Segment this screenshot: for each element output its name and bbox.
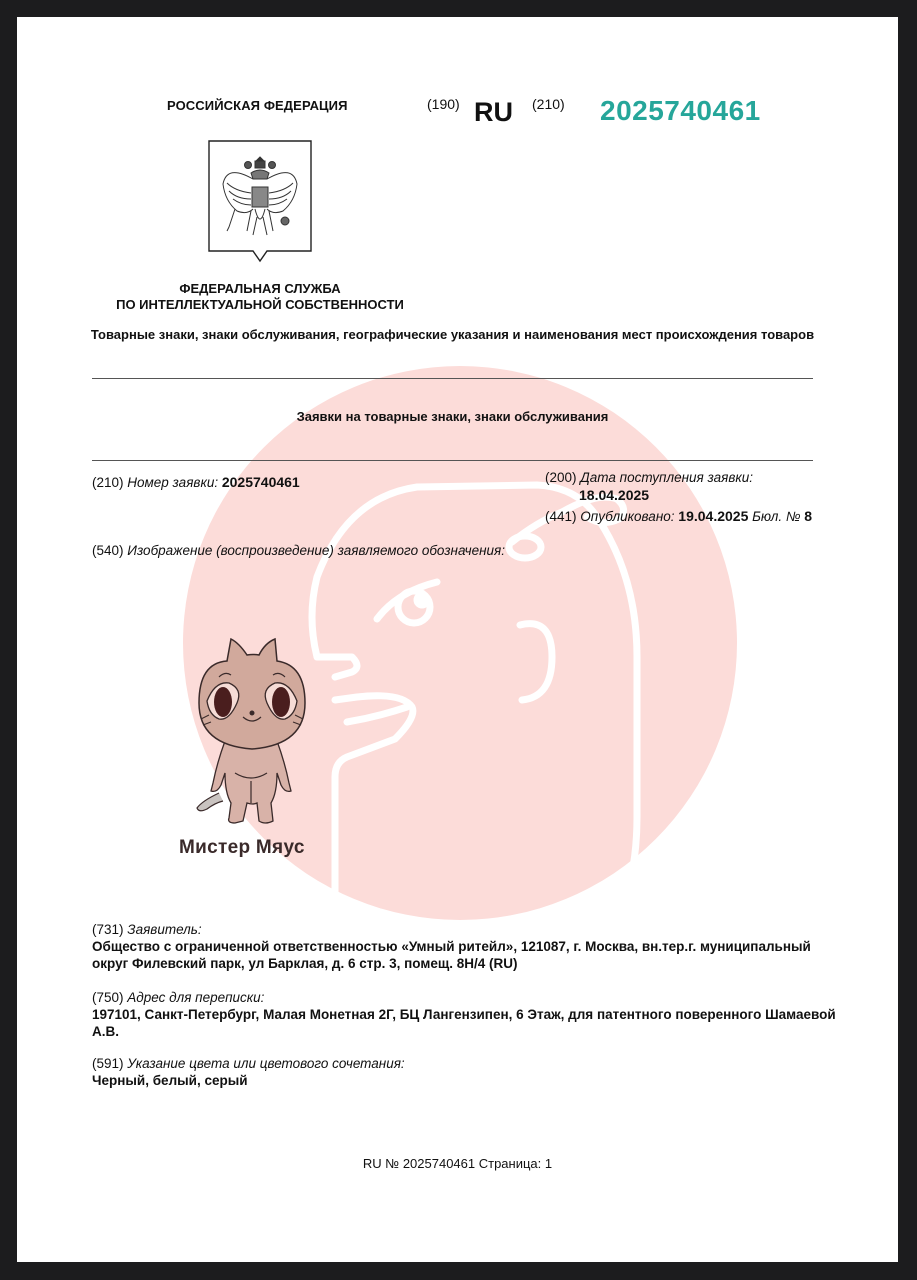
application-number-value: 2025740461: [222, 474, 300, 490]
applicant-value: Общество с ограниченной ответственностью…: [92, 938, 842, 972]
bulletin-label: Бюл. №: [752, 509, 800, 524]
document-page: РОССИЙСКАЯ ФЕДЕРАЦИЯ (190) RU (210) 2025…: [17, 17, 898, 1262]
published-field: (441) Опубликовано: 19.04.2025 Бюл. № 8: [545, 508, 812, 524]
application-number-label: Номер заявки:: [127, 475, 218, 490]
agency-name-line2: ПО ИНТЕЛЛЕКТУАЛЬНОЙ СОБСТВЕННОСТИ: [97, 297, 423, 313]
applicant-field: (731) Заявитель: Общество с ограниченной…: [92, 921, 842, 972]
agency-name-line1: ФЕДЕРАЛЬНАЯ СЛУЖБА: [97, 281, 423, 297]
agency-name: ФЕДЕРАЛЬНАЯ СЛУЖБА ПО ИНТЕЛЛЕКТУАЛЬНОЙ С…: [97, 281, 423, 313]
divider-bottom: [92, 460, 813, 461]
correspondence-field: (750) Адрес для переписки: 197101, Санкт…: [92, 989, 842, 1040]
document-number: 2025740461: [600, 95, 761, 127]
colors-field: (591) Указание цвета или цветового сочет…: [92, 1055, 842, 1089]
inid-code-190: (190): [427, 96, 460, 112]
page-footer: RU № 2025740461 Страница: 1: [17, 1156, 898, 1171]
trademark-name: Мистер Мяус: [179, 837, 305, 859]
colors-label: Указание цвета или цветового сочетания:: [127, 1056, 404, 1071]
filing-date-field: (200) Дата поступления заявки:: [545, 470, 753, 485]
correspondence-value: 197101, Санкт-Петербург, Малая Монетная …: [92, 1006, 842, 1040]
divider-top: [92, 378, 813, 379]
section-title: Заявки на товарные знаки, знаки обслужив…: [17, 409, 888, 424]
colors-value: Черный, белый, серый: [92, 1072, 842, 1089]
correspondence-label: Адрес для переписки:: [127, 990, 264, 1005]
published-date: 19.04.2025: [678, 508, 748, 524]
correspondence-code: (750): [92, 990, 124, 1005]
image-code: (540): [92, 543, 124, 558]
cartoon-cat-icon: [177, 633, 327, 863]
applicant-code: (731): [92, 922, 124, 937]
country-name: РОССИЙСКАЯ ФЕДЕРАЦИЯ: [167, 98, 348, 113]
image-label: Изображение (воспроизведение) заявляемог…: [127, 543, 505, 558]
colors-code: (591): [92, 1056, 124, 1071]
country-code: RU: [474, 97, 513, 128]
applicant-label: Заявитель:: [127, 922, 201, 937]
application-number-field: (210) Номер заявки: 2025740461: [92, 474, 300, 490]
image-field: (540) Изображение (воспроизведение) заяв…: [92, 543, 505, 558]
russian-coat-of-arms-icon: [207, 139, 313, 265]
filing-date-label: Дата поступления заявки:: [580, 470, 753, 485]
document-category: Товарные знаки, знаки обслуживания, геог…: [17, 327, 888, 342]
application-number-code: (210): [92, 475, 124, 490]
bulletin-number: 8: [804, 508, 812, 524]
published-code: (441): [545, 509, 577, 524]
filing-date-value: 18.04.2025: [579, 487, 649, 503]
inid-code-210: (210): [532, 96, 565, 112]
published-label: Опубликовано:: [580, 509, 674, 524]
filing-date-code: (200): [545, 470, 577, 485]
